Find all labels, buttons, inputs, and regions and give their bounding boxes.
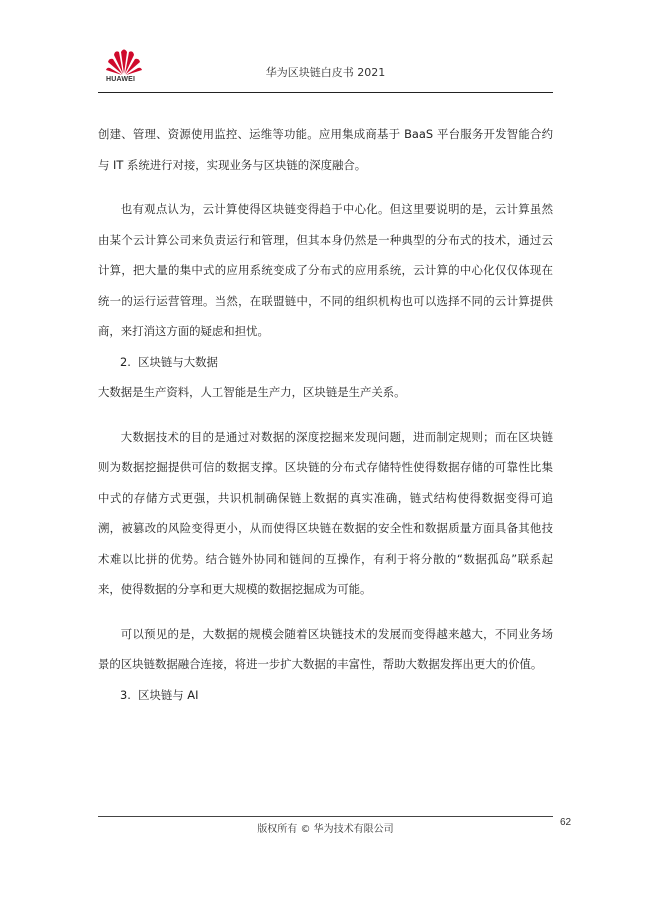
document-title: 华为区块链白皮书 2021 xyxy=(98,64,553,80)
header-divider xyxy=(98,92,553,93)
page-body: 创建、管理、资源使用监控、运维等功能。应用集成商基于 BaaS 平台服务开发智能… xyxy=(98,119,553,710)
copyright-text: 版权所有 © 华为技术有限公司 xyxy=(98,820,553,835)
paragraph: 创建、管理、资源使用监控、运维等功能。应用集成商基于 BaaS 平台服务开发智能… xyxy=(98,119,553,180)
section-title: 区块链与大数据 xyxy=(138,355,218,369)
page-number: 62 xyxy=(560,817,571,828)
section-number: 3. xyxy=(120,688,131,702)
page-header: HUAWEI 华为区块链白皮书 2021 xyxy=(98,46,553,92)
section-heading: 2. 区块链与大数据 xyxy=(98,347,553,378)
paragraph: 也有观点认为，云计算使得区块链变得趋于中心化。但这里要说明的是，云计算虽然由某个… xyxy=(98,194,553,347)
paragraph-lead: 大数据是生产资料，人工智能是生产力，区块链是生产关系。 xyxy=(98,377,553,408)
section-heading: 3. 区块链与 AI xyxy=(98,680,553,711)
paragraph: 大数据技术的目的是通过对数据的深度挖掘来发现问题，进而制定规则；而在区块链则为数… xyxy=(98,422,553,605)
section-title: 区块链与 AI xyxy=(138,688,198,702)
section-number: 2. xyxy=(120,355,131,369)
paragraph: 可以预见的是，大数据的规模会随着区块链技术的发展而变得越来越大，不同业务场景的区… xyxy=(98,619,553,680)
footer-divider xyxy=(98,816,553,817)
